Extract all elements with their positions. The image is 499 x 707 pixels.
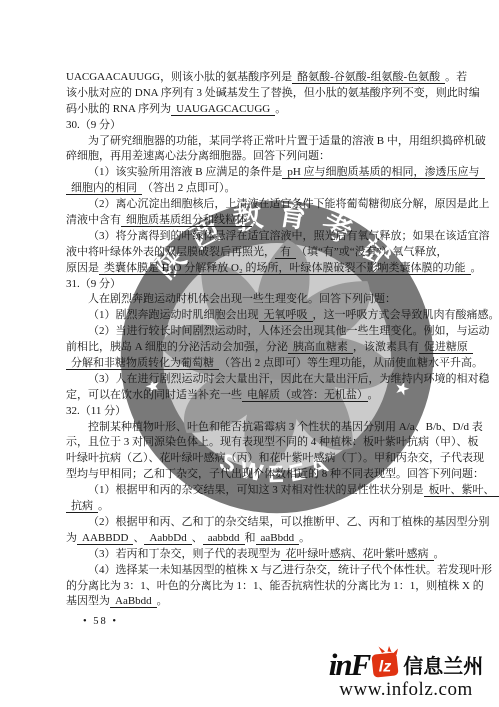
- text-run: （4）选择某一未知基因型的植株 X 与乙进行杂交，统计子代个体性状。若发现叶形: [88, 564, 492, 576]
- logo-chinese-text: 信息兰州: [403, 654, 483, 680]
- text-run: UACGAACAUUGG，则该小肽的氨基酸序列是: [66, 71, 292, 83]
- text-line: （1）该实验所用溶液 B 应满足的条件是pH 应与细胞质基质的相同，渗透压应与: [66, 165, 466, 181]
- text-run: 定，可以在饮水的同时适当补充一些: [66, 389, 242, 401]
- text-run: 。: [252, 214, 263, 226]
- logo-wordmark: inF lz 信息兰州: [316, 646, 496, 680]
- answer-blank: AABBDD: [77, 532, 133, 545]
- logo-badge-text: lz: [379, 659, 391, 676]
- text-run: （1）根据甲和丙的杂交结果，可知这 3 对相对性状的显性性状分别是: [88, 484, 424, 496]
- text-run: 。: [275, 103, 286, 115]
- text-run: 叶绿叶抗病（乙）、花叶绿叶感病（丙）和花叶紫叶感病（丁）。甲和丙杂交，子代表现: [66, 452, 484, 464]
- text-run: 。: [299, 532, 310, 544]
- answer-blank: 有: [275, 246, 296, 259]
- answer-blank: 电解质（或答：无机盐）: [242, 389, 368, 402]
- text-run: （1）该实验所用溶液 B 应满足的条件是: [88, 166, 282, 178]
- text-run: 。: [98, 500, 109, 512]
- text-run: 。: [157, 595, 168, 607]
- text-line: （3）若丙和丁杂交，则子代的表现型为花叶绿叶感病、花叶紫叶感病。: [66, 547, 466, 563]
- text-line: （2）当进行较长时间剧烈运动时，人体还会出现其他一些生理变化。例如，与运动: [66, 324, 466, 340]
- answer-blank: 花叶绿叶感病、花叶紫叶感病: [281, 548, 434, 561]
- text-run: （答出 2 点即可）等生理功能，从而使血糖水平升高。: [219, 357, 483, 369]
- text-line: 30.（9 分）: [66, 118, 466, 134]
- answer-blank: pH 应与细胞质基质的相同，渗透压应与: [282, 166, 484, 179]
- text-line: （3）将分离得到的叶绿体悬浮在适宜溶液中，照光后有氧气释放；如果在该适宜溶: [66, 229, 466, 245]
- text-line: 的分离比为 3：1、叶色的分离比为 1：1、能否抗病性状的分离比为 1：1，则植…: [66, 579, 466, 595]
- answer-blank: aaBbdd: [256, 532, 300, 545]
- answer-blank: AaBbdd: [110, 595, 157, 608]
- text-run: 。: [434, 548, 445, 560]
- answer-blank: 板叶、紫叶、: [424, 484, 499, 497]
- text-line: 定，可以在饮水的同时适当补充一些电解质（或答：无机盐）。: [66, 388, 466, 404]
- logo-latin-text: inF: [329, 650, 370, 680]
- answer-blank: aabbdd: [203, 532, 245, 545]
- answer-blank: AabbDd: [144, 532, 191, 545]
- answer-blank: 分解和非糖物质转化为葡萄糖: [66, 357, 219, 370]
- text-line: （1）剧烈奔跑运动时肌细胞会出现无氧呼吸，这一呼吸方式会导致肌肉有酸痛感。: [66, 308, 466, 324]
- text-line: 为AABBDD、AabbDd、aabbdd和aaBbdd。: [66, 531, 466, 547]
- logo-url-text: www.infolz.com: [316, 680, 496, 700]
- text-line: 32.（11 分）: [66, 404, 466, 420]
- text-line: （1）根据甲和丙的杂交结果，可知这 3 对相对性状的显性性状分别是板叶、紫叶、: [66, 483, 466, 499]
- text-line: 细胞内的相同（答出 2 点即可）。: [66, 181, 466, 197]
- text-run: 碎细胞，再用差速离心法分离细胞器。回答下列问题：: [66, 150, 330, 162]
- answer-blank: 促进糖原: [419, 341, 473, 354]
- text-run: （3）人在进行剧烈运动时会大量出汗，因此在大量出汗后，为维持内环境的相对稳: [88, 373, 490, 385]
- text-line: 基因型为AaBbdd。: [66, 594, 466, 610]
- text-run: 控制某种植物叶形、叶色和能否抗霜霉病 3 个性状的基因分别用 A/a、B/b、D…: [88, 421, 483, 433]
- text-run: 32.（11 分）: [66, 405, 126, 417]
- text-run: 码小肽的 RNA 序列为: [66, 103, 171, 115]
- text-run: 。: [471, 262, 482, 274]
- scanned-exam-page: { "page": { "number": "• 58 •" }, "water…: [0, 0, 499, 707]
- text-line: 型均与甲相同；乙和丁杂交，子代出现个体数相近的 8 种不同表现型。回答下列问题：: [66, 467, 466, 483]
- text-run: 的分离比为 3：1、叶色的分离比为 1：1、能否抗病性状的分离比为 1：1，则植…: [66, 580, 484, 592]
- document-lines: UACGAACAUUGG，则该小肽的氨基酸序列是酪氨酸-谷氨酸-组氨酸-色氨酸。…: [66, 70, 466, 610]
- text-run: ，这一呼吸方式会导致肌肉有酸痛感。: [313, 309, 499, 321]
- text-run: 液中将叶绿体外表的双层膜破裂后再照光，: [66, 246, 275, 258]
- text-line: 叶绿叶抗病（乙）、花叶绿叶感病（丙）和花叶紫叶感病（丁）。甲和丙杂交，子代表现: [66, 451, 466, 467]
- answer-blank: 类囊体膜是 H₂O 分解释放 O₂ 的场所，叶绿体膜破裂不影响类囊体膜的功能: [99, 262, 471, 275]
- text-run: 原因是: [66, 262, 99, 274]
- text-run: （填“有”或“没有”）氧气释放，: [296, 246, 448, 258]
- text-run: 清液中含有: [66, 214, 121, 226]
- text-line: 控制某种植物叶形、叶色和能否抗霜霉病 3 个性状的基因分别用 A/a、B/b、D…: [66, 420, 466, 436]
- text-run: 基因型为: [66, 595, 110, 607]
- text-line: （2）离心沉淀出细胞核后，上清液在适宜条件下能将葡萄糖彻底分解，原因是此上: [66, 197, 466, 213]
- text-run: 。若: [445, 71, 467, 83]
- text-line: （4）选择某一未知基因型的植株 X 与乙进行杂交，统计子代个体性状。若发现叶形: [66, 563, 466, 579]
- text-line: UACGAACAUUGG，则该小肽的氨基酸序列是酪氨酸-谷氨酸-组氨酸-色氨酸。…: [66, 70, 466, 86]
- answer-blank: 细胞内的相同: [66, 182, 142, 195]
- text-line: 前相比，胰岛 A 细胞的分泌活动会加强，分泌胰高血糖素，该激素具有促进糖原: [66, 340, 466, 356]
- text-run: 人在剧烈奔跑运动时机体会出现一些生理变化。回答下列问题：: [88, 293, 396, 305]
- text-run: （2）离心沉淀出细胞核后，上清液在适宜条件下能将葡萄糖彻底分解，原因是此上: [88, 198, 490, 210]
- text-line: 原因是类囊体膜是 H₂O 分解释放 O₂ 的场所，叶绿体膜破裂不影响类囊体膜的功…: [66, 261, 466, 277]
- text-run: （3）若丙和丁杂交，则子代的表现型为: [88, 548, 281, 560]
- text-run: 、: [192, 532, 203, 544]
- site-logo: inF lz 信息兰州 www.infolz.com: [316, 646, 496, 700]
- text-line: 该小肽对应的 DNA 序列有 3 处碱基发生了替换，但小肽的氨基酸序列不变，则此…: [66, 86, 466, 102]
- text-run: （答出 2 点即可）。: [142, 182, 236, 194]
- text-line: 码小肽的 RNA 序列为UAUGAGCACUGG。: [66, 102, 466, 118]
- text-line: （2）根据甲和丙、乙和丁的杂交结果，可以推断甲、乙、丙和丁植株的基因型分别: [66, 515, 466, 531]
- text-run: （1）剧烈奔跑运动时肌细胞会出现: [88, 309, 259, 321]
- text-run: 和: [245, 532, 256, 544]
- answer-blank: UAUGAGCACUGG: [171, 103, 275, 116]
- text-run: 示，且位于 3 对同源染色体上。现有表现型不同的 4 种植株：板叶紫叶抗病（甲）…: [66, 436, 479, 448]
- answer-blank: 无氧呼吸: [259, 309, 313, 322]
- logo-red-badge-icon: lz: [370, 646, 402, 680]
- text-run: 该小肽对应的 DNA 序列有 3 处碱基发生了替换，但小肽的氨基酸序列不变，则此…: [66, 87, 480, 99]
- text-line: 示，且位于 3 对同源染色体上。现有表现型不同的 4 种植株：板叶紫叶抗病（甲）…: [66, 435, 466, 451]
- page-number: • 58 •: [83, 616, 118, 627]
- text-line: 抗病。: [66, 499, 466, 515]
- text-line: 碎细胞，再用差速离心法分离细胞器。回答下列问题：: [66, 149, 466, 165]
- text-line: 液中将叶绿体外表的双层膜破裂后再照光，有（填“有”或“没有”）氧气释放，: [66, 245, 466, 261]
- text-run: 型均与甲相同；乙和丁杂交，子代出现个体数相近的 8 种不同表现型。回答下列问题：: [66, 468, 484, 480]
- text-run: 为: [66, 532, 77, 544]
- text-line: 分解和非糖物质转化为葡萄糖（答出 2 点即可）等生理功能，从而使血糖水平升高。: [66, 356, 466, 372]
- answer-blank: 细胞质基质组分和线粒体: [121, 214, 252, 227]
- text-run: 31.（9 分）: [66, 278, 121, 290]
- text-run: （2）当进行较长时间剧烈运动时，人体还会出现其他一些生理变化。例如，与运动: [88, 325, 490, 337]
- text-run: （2）根据甲和丙、乙和丁的杂交结果，可以推断甲、乙、丙和丁植株的基因型分别: [88, 516, 490, 528]
- answer-blank: 胰高血糖素: [288, 341, 353, 354]
- text-line: 31.（9 分）: [66, 277, 466, 293]
- text-run: ，该激素具有: [353, 341, 419, 353]
- text-line: 为了研究细胞器的功能，某同学将正常叶片置于适量的溶液 B 中，用组织捣碎机破: [66, 134, 466, 150]
- text-run: （3）将分离得到的叶绿体悬浮在适宜溶液中，照光后有氧气释放；如果在该适宜溶: [88, 230, 490, 242]
- text-line: 清液中含有细胞质基质组分和线粒体。: [66, 213, 466, 229]
- text-run: 为了研究细胞器的功能，某同学将正常叶片置于适量的溶液 B 中，用组织捣碎机破: [88, 135, 486, 147]
- text-run: 。: [368, 389, 379, 401]
- text-run: 前相比，胰岛 A 细胞的分泌活动会加强，分泌: [66, 341, 288, 353]
- answer-blank: 酪氨酸-谷氨酸-组氨酸-色氨酸: [292, 71, 445, 84]
- text-line: （3）人在进行剧烈运动时会大量出汗，因此在大量出汗后，为维持内环境的相对稳: [66, 372, 466, 388]
- text-run: 、: [133, 532, 144, 544]
- answer-blank: 抗病: [66, 500, 98, 513]
- text-run: 30.（9 分）: [66, 119, 121, 131]
- text-line: 人在剧烈奔跑运动时机体会出现一些生理变化。回答下列问题：: [66, 292, 466, 308]
